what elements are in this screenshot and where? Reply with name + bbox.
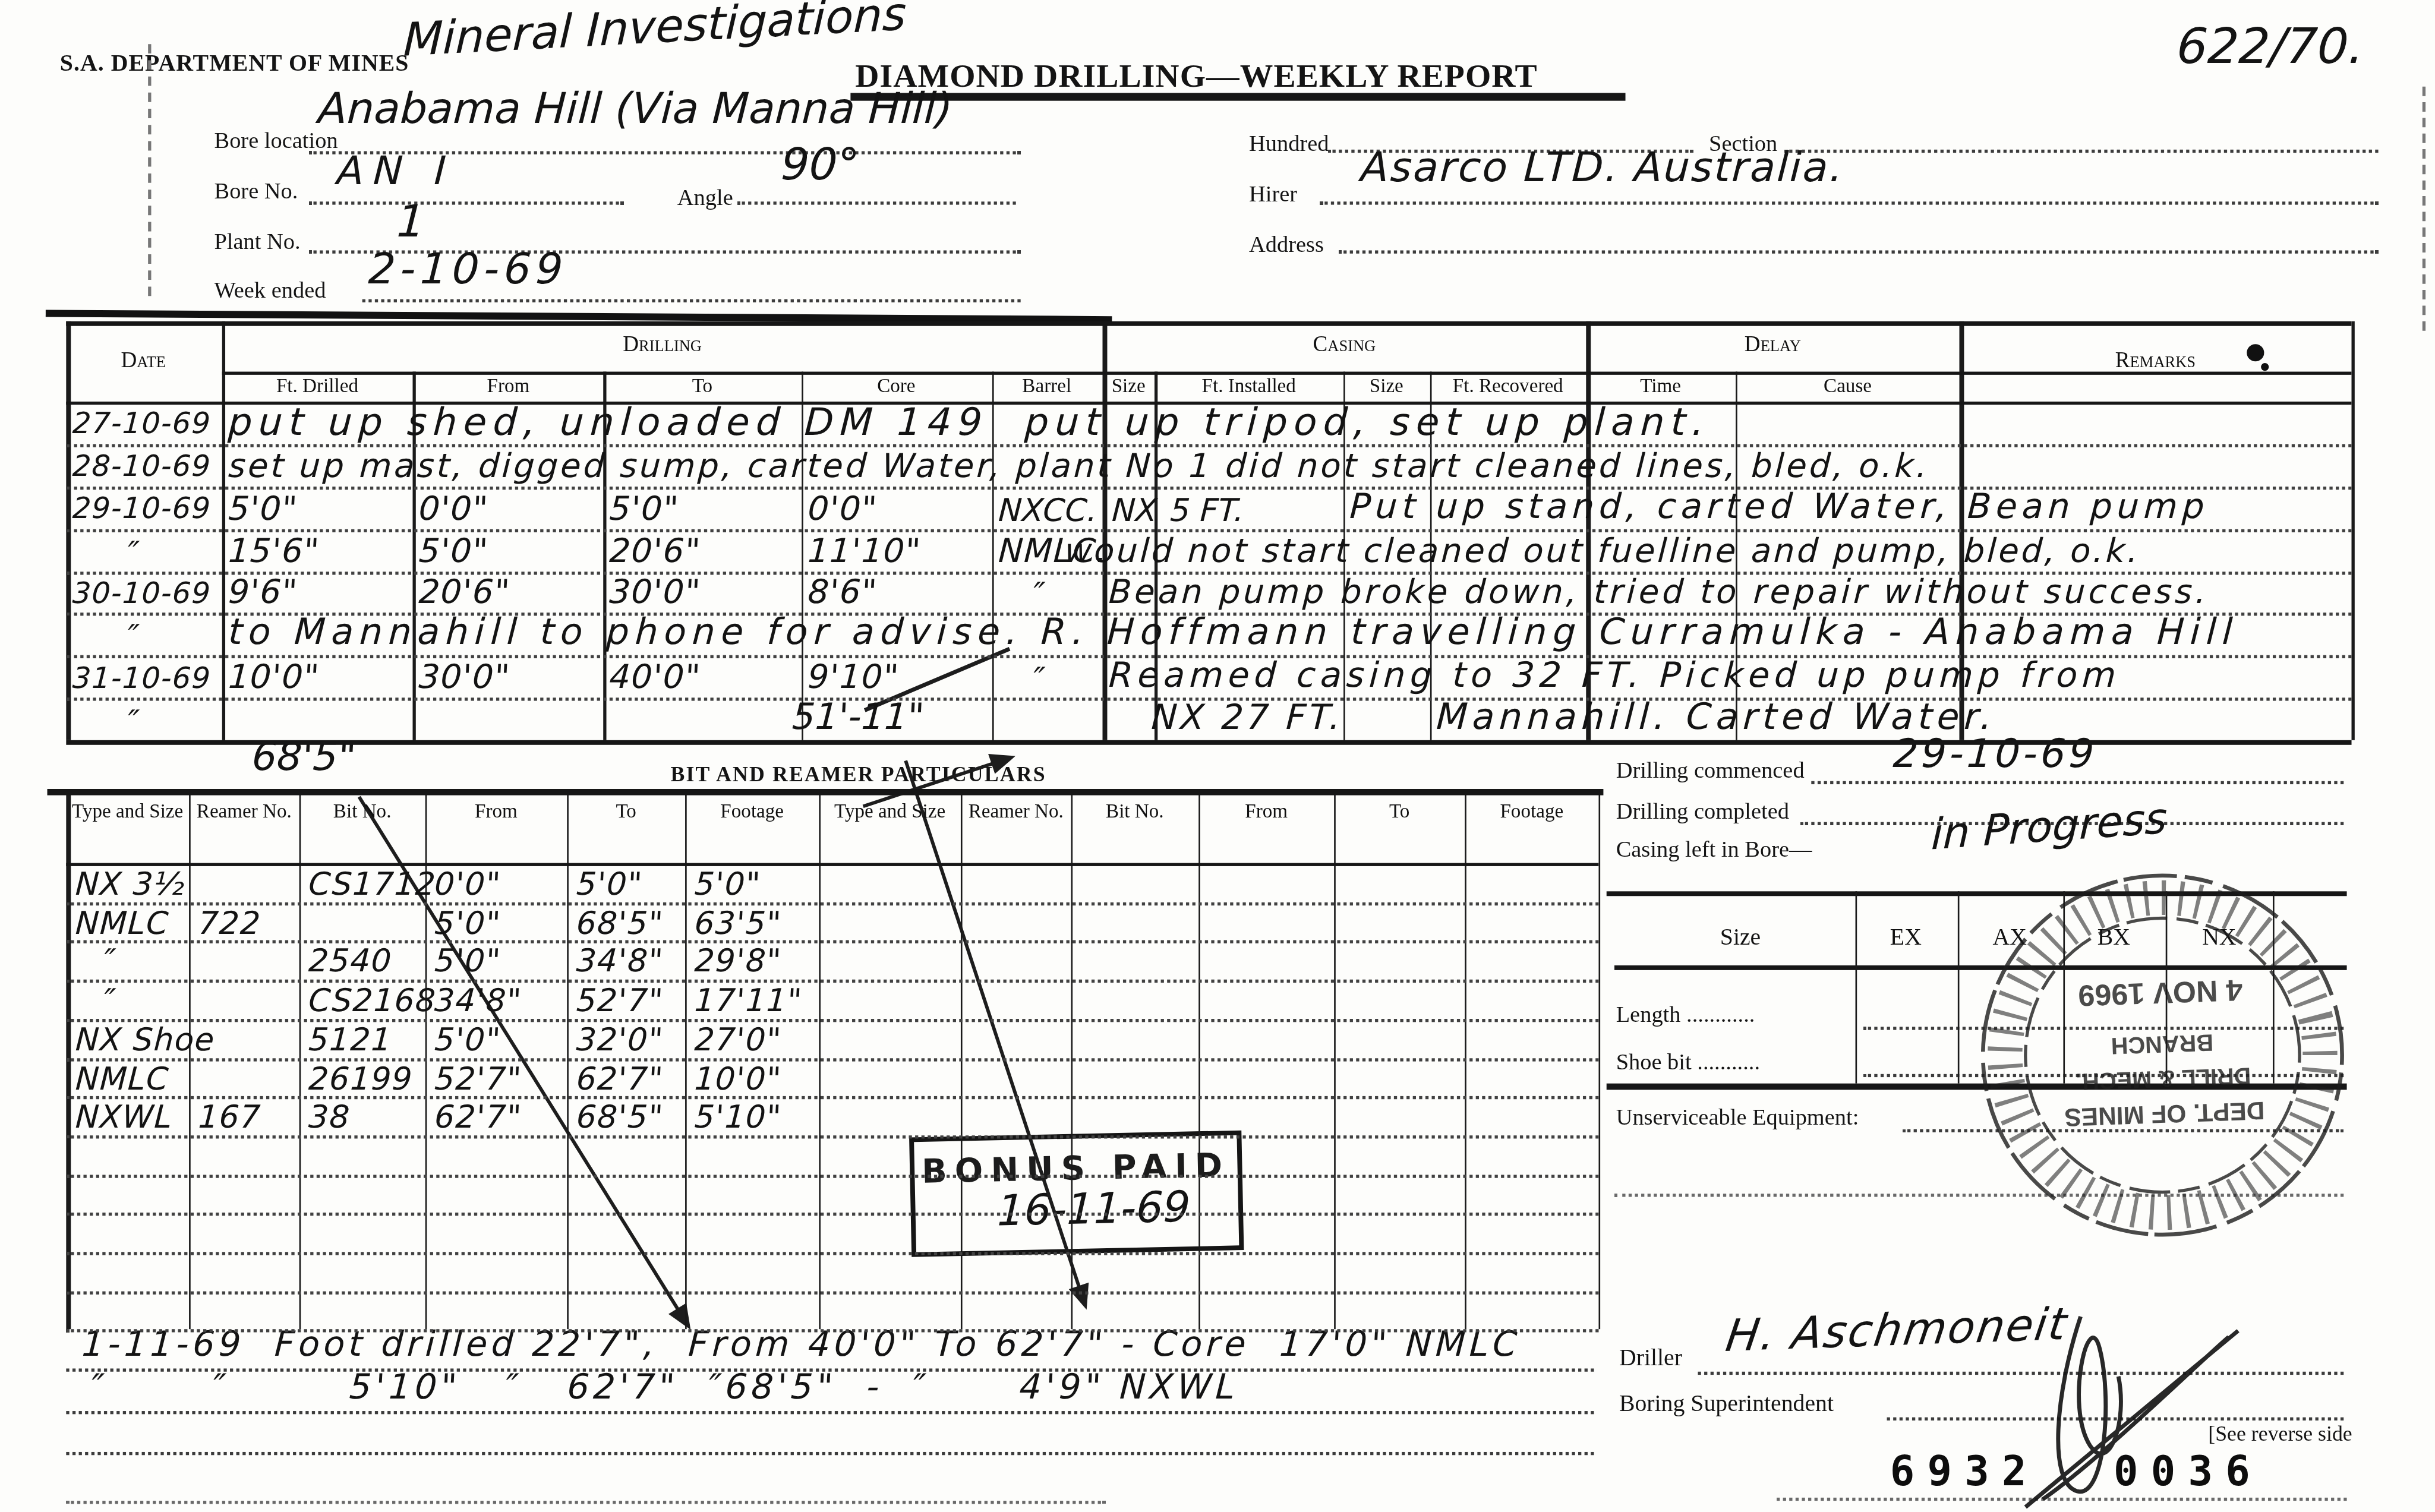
bit-row-cell: 29'8" [693,942,783,980]
bit-row-cell: 5'0" [434,904,502,942]
drilling-row-cell: Reamed casing to 32 FT. Picked up pump f… [1108,657,2121,696]
bit-col-header-2: Bit No. [302,800,422,823]
drilling-row-cell: 5'0" [609,489,680,527]
drilling-row-cell: Bean pump broke down, tried to repair wi… [1108,574,2210,612]
drilling-row-date: ″ [126,533,140,571]
bit-col-header-0: Type and Size [70,800,186,823]
bit-row-cell: 10'0" [693,1059,783,1097]
drilling-row-date: 31-10-69 [71,662,211,696]
col-header-ft-drilled: Ft. Drilled [222,375,413,399]
col-header-to: To [604,375,801,399]
bit-row-cell: 722 [197,904,262,942]
bit-row-cell: 62'7" [575,1059,664,1097]
drilling-row-cell: would not start cleaned out fuelline and… [1063,532,2141,570]
drilling-row-cell: 40'0" [609,658,702,696]
size-table-vline [2166,891,2168,1083]
bit-row-rule [66,941,1598,944]
report-sheet: S.A. DEPARTMENT OF MINES Mineral Investi… [0,0,2435,1512]
bit-row-cell: NMLC [75,1059,171,1097]
col-header-time: Time [1586,375,1736,399]
bit-col-header-1: Reamer No. [964,800,1068,823]
size-table-vline [1958,891,1960,1083]
bit-row-rule [66,1291,1598,1294]
bit-col-header-4: To [1337,800,1461,823]
drilling-table-bottom [65,740,2352,745]
drilling-row-cell: set up mast, digged sump, carted Water, … [227,447,1930,485]
drilling-row-cell: 10'0" [227,658,320,696]
bit-row-cell: 52'7" [575,981,664,1019]
ink-blob [2247,344,2264,361]
bit-row-rule [66,980,1598,983]
col-header-from: From [413,375,604,399]
bit-row-cell: 52'7" [434,1059,523,1097]
drilling-row-cell: ″ [1032,660,1046,698]
bit-row-rule [66,902,1598,905]
bit-row-rule [66,1213,1598,1216]
bit-row-cell: 5'10" [693,1098,783,1136]
drilling-row-cell: 5'0" [227,489,298,527]
size-table-vline [2273,891,2275,1083]
bit-row-cell: ″ [103,981,117,1019]
bit-row-cell: 5'0" [693,864,762,902]
drilling-row-cell: 20'6" [418,574,512,612]
superintendent-signature [2026,1317,2238,1507]
bit-row-rule [66,1058,1598,1060]
bit-col-header-3: From [1201,800,1330,823]
dept-of-mines-stamp: DEPT. OF MINES DRILL & MECH. BRANCH 4 NO… [1945,838,2380,1273]
drilling-row-cell: 51'-11" [790,697,925,738]
bit-row-rule [66,1135,1598,1138]
bit-row-rule [66,1096,1598,1099]
drilling-row-cell: 30'0" [418,658,512,696]
size-table-vline [2063,891,2065,1083]
bit-row-cell: 17'11" [693,981,803,1019]
col-header-size: Size [1343,375,1430,399]
bit-row-cell: 62'7" [434,1098,523,1136]
bit-row-rule [66,1252,1598,1255]
bit-table-vline [1598,789,1601,1330]
arrow-title-line [863,757,1011,806]
drilling-row-cell: 8'6" [806,574,878,612]
scanned-weekly-report-page: S.A. DEPARTMENT OF MINES Mineral Investi… [0,0,2435,1512]
bit-table-header-bottom [66,863,1598,867]
bit-row-rule [66,1174,1598,1177]
drilling-row-cell: NX [1111,491,1157,529]
bit-row-cell: 5'0" [434,1020,502,1058]
arrow-title-head [991,756,1011,771]
bit-row-cell: 167 [197,1098,262,1136]
bit-col-header-1: Reamer No. [192,800,296,823]
col-header-ft-installed: Ft. Installed [1155,375,1343,399]
bit-row-cell: 2540 [308,942,393,980]
arrow-bonus-line [906,760,1085,1305]
bit-row-cell: 63'5" [693,904,783,942]
bit-col-header-4: To [570,800,682,823]
bit-row-cell: 38 [308,1098,351,1136]
drilling-row-cell: Put up stand, carted Water, Bean pump [1348,488,2209,527]
arrow-bonus-head [1072,1285,1087,1305]
drilling-row-date: 29-10-69 [71,493,211,526]
bit-row-cell: 5'0" [575,864,644,902]
drilling-row-cell: 30'0" [609,574,702,612]
size-table-vline [1856,891,1858,1083]
drilling-row-cell: 9'10" [806,658,900,696]
bit-row-cell: 68'5" [575,904,664,942]
col-header-core: Core [801,375,992,399]
ink-blob-drip [2261,363,2269,371]
bit-col-header-5: Footage [688,800,816,823]
drilling-row-cell: 0'0" [806,489,878,527]
drilling-row-cell: 15'6" [227,532,320,570]
bit-row-cell: NX 3½ [75,864,187,902]
drilling-row-date: 28-10-69 [71,451,211,484]
drilling-table-group-split [222,371,2352,374]
bit-row-cell: CS2168 [308,981,437,1019]
drilling-row-rule [65,444,2352,447]
col-header-size: Size [1102,375,1155,399]
bit-row-cell: 32'0" [575,1020,664,1058]
drilling-row-cell: 20'6" [609,532,702,570]
bit-row-cell: CS1712 [308,864,437,902]
drilling-table-vline [2352,320,2354,740]
stamp-date: 4 NOV 1969 [2077,973,2243,1013]
drilling-row-date: ″ [126,618,140,656]
bit-row-cell: NX Shoe [75,1020,216,1058]
drilling-table-top [65,320,2352,325]
col-header-ft-recovered: Ft. Recovered [1430,375,1586,399]
drilling-row-cell: 9'6" [227,574,298,612]
bit-col-header-2: Bit No. [1074,800,1196,823]
bit-row-cell: 26199 [308,1059,414,1097]
drilling-row-cell: to Mannahill to phone for advise. R. Hof… [227,613,2239,654]
col-header-cause: Cause [1736,375,1960,399]
drilling-row-date: ″ [126,702,140,740]
bit-row-cell: 27'0" [693,1020,783,1058]
stamp-text-branch-1: DRILL & MECH. [2076,1062,2252,1094]
bit-row-cell: 5'0" [434,942,502,980]
drilling-row-date: 27-10-69 [71,409,211,442]
drilling-row-cell: NXCC. [997,491,1097,529]
bit-col-header-3: From [428,800,564,823]
bit-col-header-5: Footage [1468,800,1595,823]
ink-overlay: DEPT. OF MINES DRILL & MECH. BRANCH 4 NO… [0,0,2435,1512]
drilling-row-cell: NX 27 FT. [1151,699,1345,738]
table-top-heavy-line [46,313,1112,320]
drilling-row-cell: 5'0" [418,532,490,570]
stamp-text-dept: DEPT. OF MINES [2064,1097,2265,1132]
bit-col-header-0: Type and Size [822,800,958,823]
drilling-row-date: 30-10-69 [71,577,211,611]
bit-row-cell: NMLC [75,904,171,942]
bit-row-cell: ″ [103,942,117,980]
col-header-barrel: Barrel [992,375,1102,399]
drilling-row-cell: 11'10" [806,532,922,570]
bit-table-top [48,789,1604,794]
bit-row-rule [66,1330,1598,1333]
bit-row-rule [66,1018,1598,1021]
bit-row-cell: 34'8" [434,981,523,1019]
drilling-row-cell: Mannahill. Carted Water. [1436,697,1998,738]
bit-row-cell: 0'0" [434,864,502,902]
drilling-row-cell: put up shed, unloaded DM 149 put up trip… [227,400,1711,444]
bit-row-cell: 34'8" [575,942,664,980]
drilling-row-cell: 0'0" [418,489,490,527]
drilling-row-cell: 5 FT. [1170,491,1245,529]
bit-row-cell: 68'5" [575,1098,664,1136]
stamp-text-branch-2: BRANCH [2111,1029,2214,1059]
bit-row-cell: 5121 [308,1020,393,1058]
drilling-row-cell: ″ [1032,576,1046,614]
bit-row-cell: NXWL [75,1098,174,1136]
